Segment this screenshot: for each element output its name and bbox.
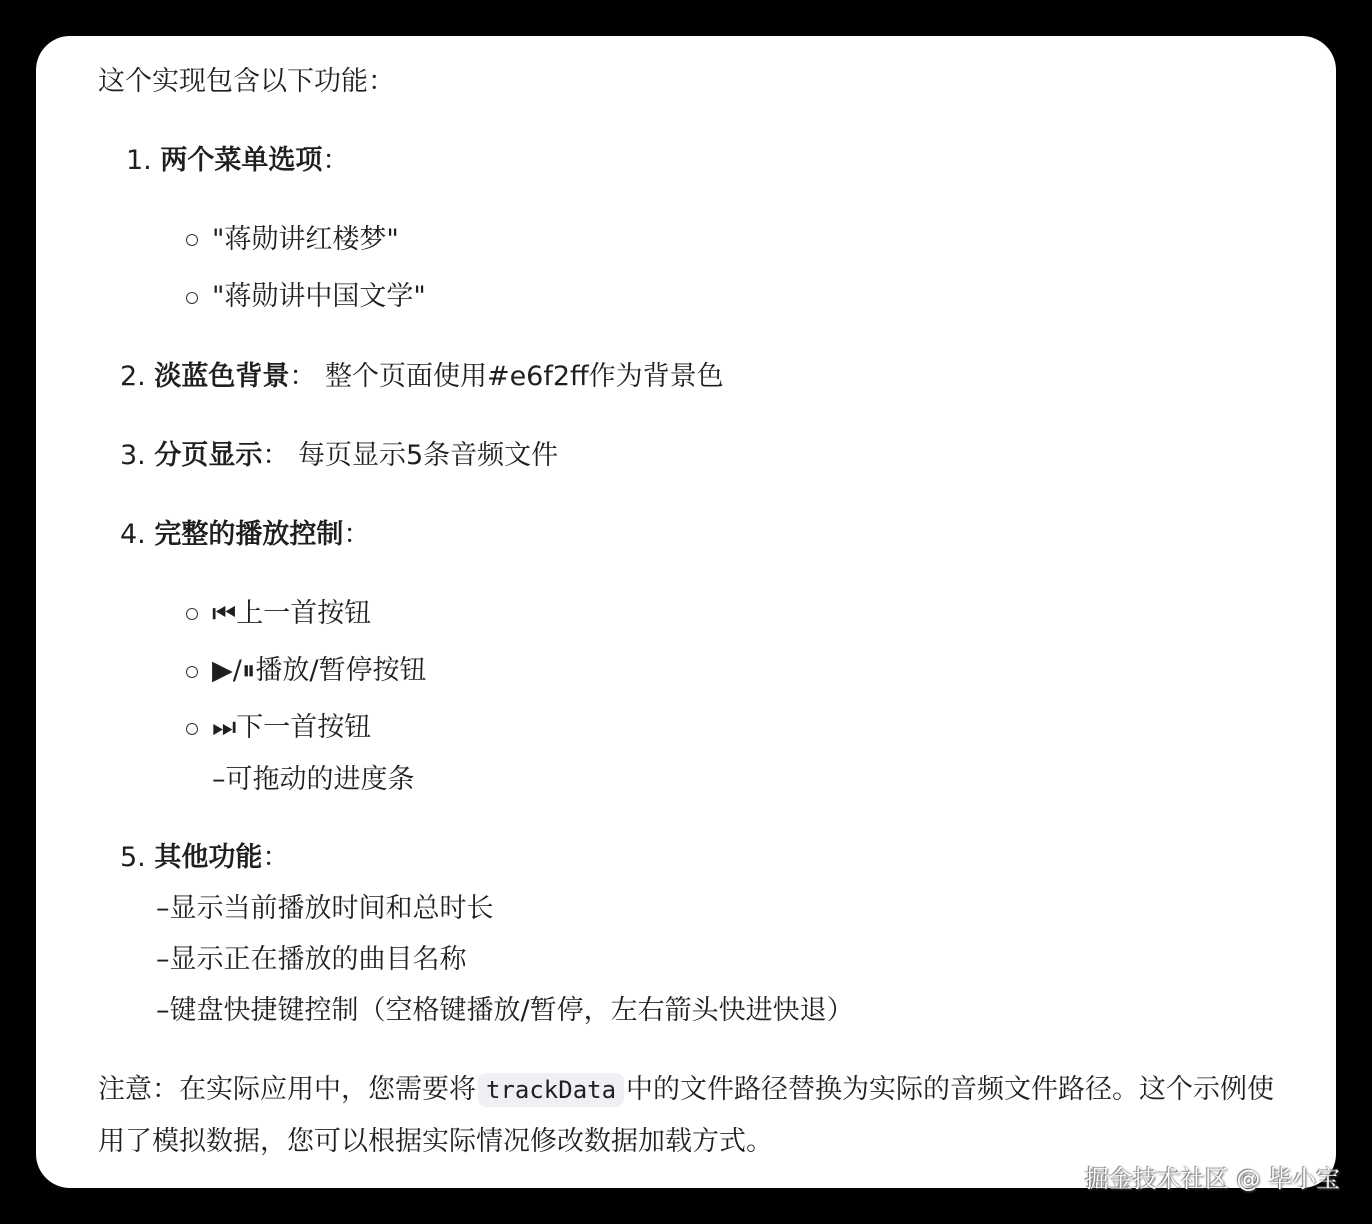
feature-1: 1. 两个菜单选项： <box>126 141 349 181</box>
inline-code: trackData <box>478 1073 624 1107</box>
note-text-before: 注意：在实际应用中，您需要将 <box>98 1074 476 1105</box>
watermark: 掘金技术社区 @ 毕小宝 <box>1085 1159 1340 1194</box>
other-feature-3: –键盘快捷键控制（空格键播放/暂停，左右箭头快进快退） <box>156 991 854 1031</box>
menu-option-1: "蒋勋讲红楼梦" <box>212 220 399 260</box>
feature-4: 4. 完整的播放控制： <box>120 515 370 555</box>
colon: ： <box>343 519 370 550</box>
feature-number: 5. <box>120 842 146 873</box>
feature-number: 2. <box>120 361 146 392</box>
bullet-icon <box>186 723 198 735</box>
feature-title: 其他功能 <box>154 842 262 873</box>
feature-number: 4. <box>120 519 146 550</box>
feature-desc: 每页显示5条音频文件 <box>298 440 558 471</box>
feature-title: 淡蓝色背景 <box>154 361 289 392</box>
feature-title: 完整的播放控制 <box>154 519 343 550</box>
feature-title: 两个菜单选项 <box>160 145 322 176</box>
colon: ： <box>322 145 349 176</box>
control-prev: ⏮上一首按钮 <box>212 594 371 634</box>
bullet-icon <box>186 666 198 678</box>
message-card: 这个实现包含以下功能： 1. 两个菜单选项： "蒋勋讲红楼梦" "蒋勋讲中国文学… <box>36 36 1336 1188</box>
colon: ： <box>262 842 289 873</box>
menu-option-2: "蒋勋讲中国文学" <box>212 277 426 317</box>
control-progress: –可拖动的进度条 <box>212 760 415 800</box>
feature-number: 3. <box>120 440 146 471</box>
intro-text: 这个实现包含以下功能： <box>98 62 395 102</box>
colon: ： <box>262 440 289 471</box>
feature-3: 3. 分页显示： 每页显示5条音频文件 <box>120 436 558 476</box>
feature-2: 2. 淡蓝色背景： 整个页面使用#e6f2ff作为背景色 <box>120 357 724 397</box>
other-feature-2: –显示正在播放的曲目名称 <box>156 940 467 980</box>
feature-number: 1. <box>126 145 152 176</box>
bullet-icon <box>186 608 198 620</box>
feature-desc: 整个页面使用#e6f2ff作为背景色 <box>325 361 724 392</box>
bullet-icon <box>186 292 198 304</box>
feature-5: 5. 其他功能： <box>120 838 289 878</box>
control-play-pause: ▶/⏸播放/暂停按钮 <box>212 651 426 691</box>
note-paragraph: 注意：在实际应用中，您需要将trackData中的文件路径替换为实际的音频文件路… <box>98 1064 1298 1167</box>
feature-title: 分页显示 <box>154 440 262 471</box>
bullet-icon <box>186 234 198 246</box>
control-next: ⏭下一首按钮 <box>212 708 371 748</box>
other-feature-1: –显示当前播放时间和总时长 <box>156 889 494 929</box>
colon: ： <box>289 361 316 392</box>
